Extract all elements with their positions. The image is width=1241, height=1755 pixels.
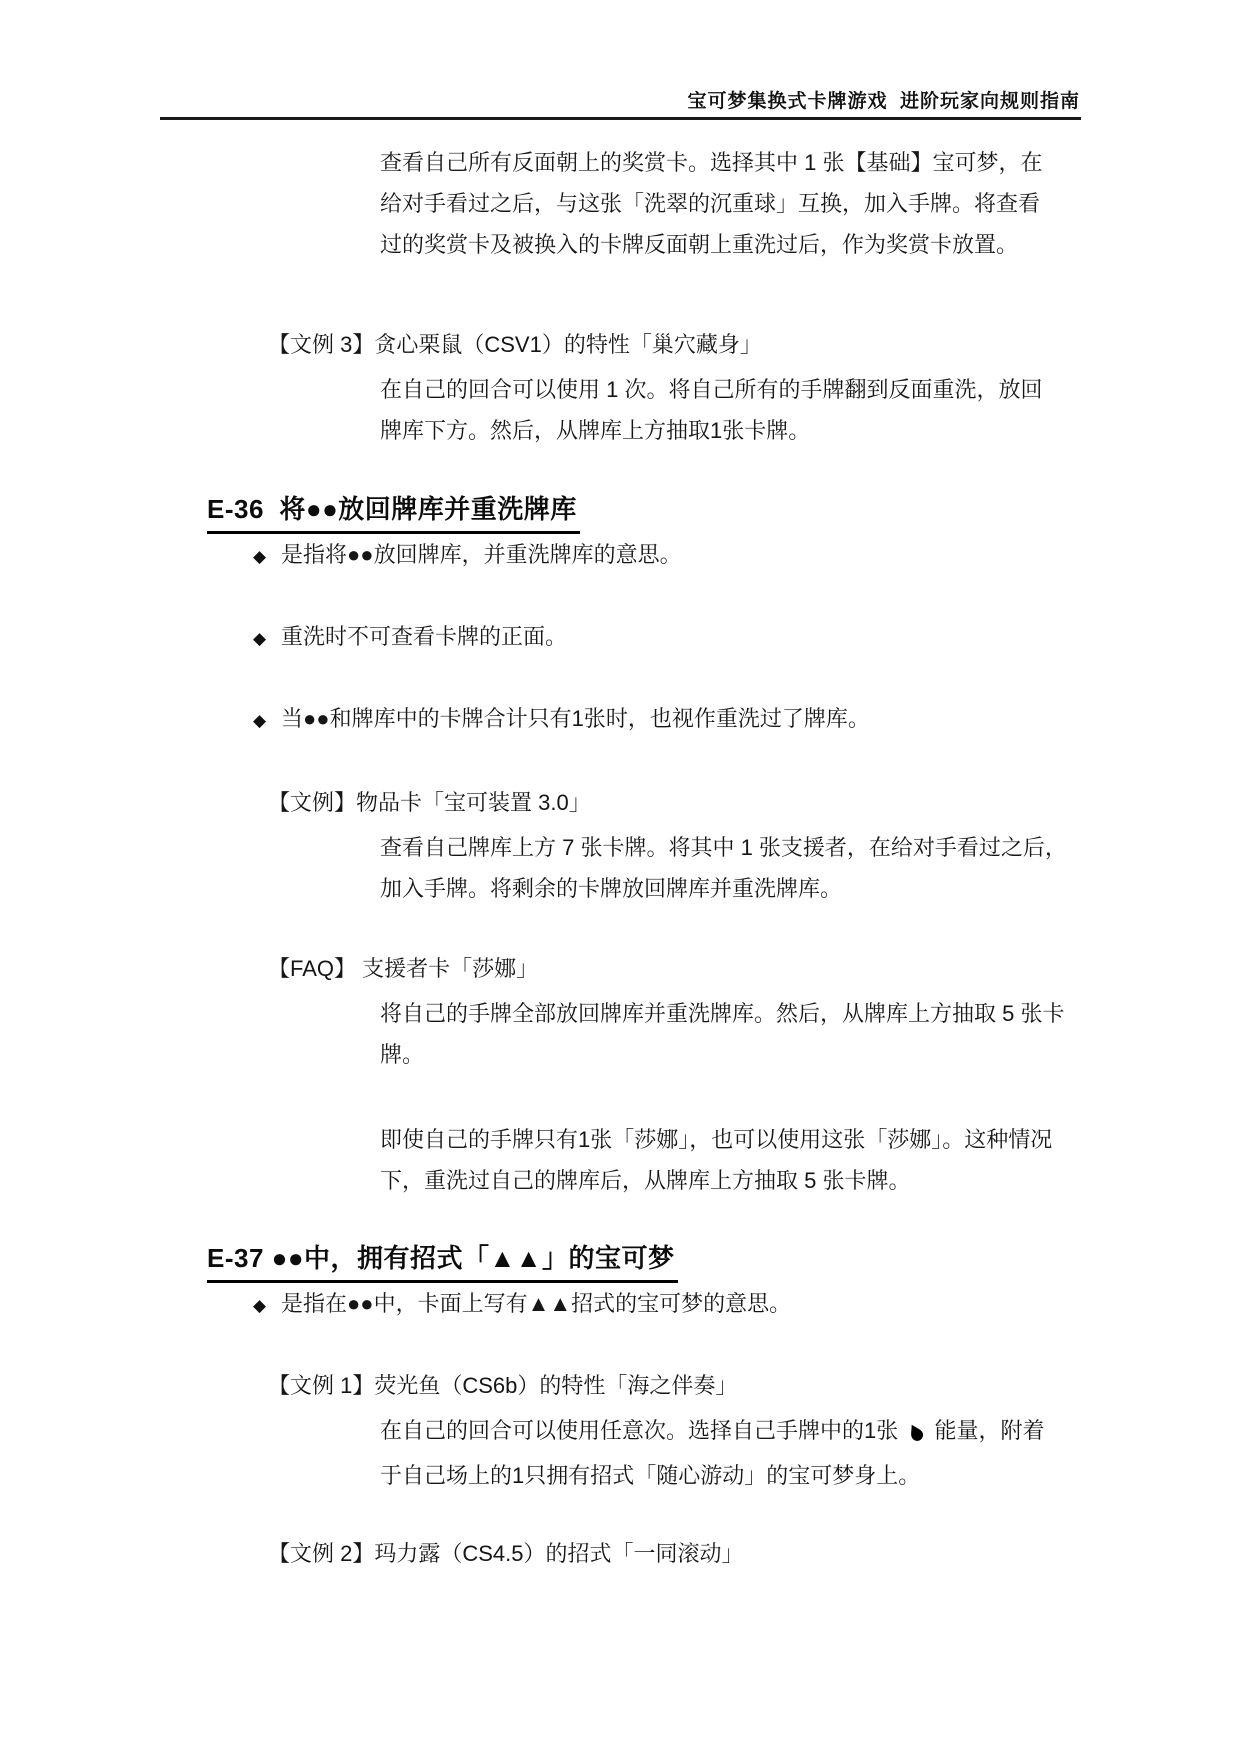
bullet-item: ◆ 是指在●●中，卡面上写有▲▲招式的宝可梦的意思。 [253, 1289, 791, 1321]
bullet-item: ◆ 是指将●●放回牌库，并重洗牌库的意思。 [253, 540, 682, 572]
text-line: 过的奖赏卡及被换入的卡牌反面朝上重洗过后，作为奖赏卡放置。 [380, 224, 1100, 265]
faq-body-2: 即使自己的手牌只有1张「莎娜」，也可以使用这张「莎娜」。这种情况 下，重洗过自己… [380, 1119, 1100, 1201]
water-energy-icon [906, 1414, 926, 1455]
faq-title-text: 【FAQ】 支援者卡「莎娜」 [268, 956, 538, 981]
text-line: 牌。 [380, 1034, 1100, 1075]
example1-title-text: 【文例 1】荧光鱼（CS6b）的特性「海之伴奏」 [268, 1373, 737, 1398]
document-page: 宝可梦集换式卡牌游戏 进阶玩家向规则指南 查看自己所有反面朝上的奖赏卡。选择其中… [0, 0, 1241, 1755]
page-header-title: 宝可梦集换式卡牌游戏 进阶玩家向规则指南 [687, 86, 1080, 113]
faq-title: 【FAQ】 支援者卡「莎娜」 [268, 954, 1088, 984]
text-line-with-icon: 在自己的回合可以使用任意次。选择自己手牌中的1张 能量，附着 [380, 1410, 1100, 1455]
diamond-bullet-icon: ◆ [253, 704, 281, 736]
faq-body: 将自己的手牌全部放回牌库并重洗牌库。然后，从牌库上方抽取 5 张卡 牌。 [380, 993, 1100, 1075]
bullet-text: 重洗时不可查看卡牌的正面。 [281, 622, 567, 652]
bullet-item: ◆ 当●●和牌库中的卡牌合计只有1张时，也视作重洗过了牌库。 [253, 704, 870, 736]
bullet-text: 是指在●●中，卡面上写有▲▲招式的宝可梦的意思。 [281, 1289, 791, 1319]
text-line: 即使自己的手牌只有1张「莎娜」，也可以使用这张「莎娜」。这种情况 [380, 1119, 1100, 1160]
example1-body: 在自己的回合可以使用任意次。选择自己手牌中的1张 能量，附着 于自己场上的1只拥… [380, 1410, 1100, 1496]
example2-title: 【文例 2】玛力露（CS4.5）的招式「一同滚动」 [268, 1539, 1088, 1569]
bullet-text: 当●●和牌库中的卡牌合计只有1张时，也视作重洗过了牌库。 [281, 704, 870, 734]
example2-title-text: 【文例 2】玛力露（CS4.5）的招式「一同滚动」 [268, 1541, 744, 1566]
intro-paragraph: 查看自己所有反面朝上的奖赏卡。选择其中 1 张【基础】宝可梦，在 给对手看过之后… [380, 142, 1100, 265]
bullet-item: ◆ 重洗时不可查看卡牌的正面。 [253, 622, 567, 654]
example3-title: 【文例 3】贪心栗鼠（CSV1）的特性「巢穴藏身」 [268, 330, 1088, 360]
section-heading-e37: E-37 ●●中，拥有招式「▲▲」的宝可梦 [207, 1238, 678, 1283]
bullet-text: 是指将●●放回牌库，并重洗牌库的意思。 [281, 540, 682, 570]
text-line: 将自己的手牌全部放回牌库并重洗牌库。然后，从牌库上方抽取 5 张卡 [380, 993, 1100, 1034]
text-line: 查看自己牌库上方 7 张卡牌。将其中 1 张支援者，在给对手看过之后， [380, 827, 1100, 868]
e36-example-body: 查看自己牌库上方 7 张卡牌。将其中 1 张支援者，在给对手看过之后， 加入手牌… [380, 827, 1100, 909]
text-segment: 能量，附着 [928, 1418, 1044, 1443]
header-divider [160, 117, 1081, 120]
section-heading-e36-text: E-36 将●●放回牌库并重洗牌库 [207, 489, 580, 534]
e36-example-title-text: 【文例】物品卡「宝可装置 3.0」 [268, 790, 591, 815]
text-line: 查看自己所有反面朝上的奖赏卡。选择其中 1 张【基础】宝可梦，在 [380, 142, 1100, 183]
diamond-bullet-icon: ◆ [253, 622, 281, 654]
diamond-bullet-icon: ◆ [253, 1289, 281, 1321]
text-segment: 在自己的回合可以使用任意次。选择自己手牌中的1张 [380, 1418, 904, 1443]
diamond-bullet-icon: ◆ [253, 540, 281, 572]
example3-title-text: 【文例 3】贪心栗鼠（CSV1）的特性「巢穴藏身」 [268, 332, 762, 357]
section-heading-e36: E-36 将●●放回牌库并重洗牌库 [207, 489, 580, 534]
example3-body: 在自己的回合可以使用 1 次。将自己所有的手牌翻到反面重洗，放回 牌库下方。然后… [380, 369, 1100, 451]
example1-title: 【文例 1】荧光鱼（CS6b）的特性「海之伴奏」 [268, 1371, 1088, 1401]
e36-example-title: 【文例】物品卡「宝可装置 3.0」 [268, 788, 1088, 818]
text-line: 牌库下方。然后，从牌库上方抽取1张卡牌。 [380, 410, 1100, 451]
section-heading-e37-text: E-37 ●●中，拥有招式「▲▲」的宝可梦 [207, 1238, 678, 1283]
text-line: 加入手牌。将剩余的卡牌放回牌库并重洗牌库。 [380, 868, 1100, 909]
text-line: 于自己场上的1只拥有招式「随心游动」的宝可梦身上。 [380, 1455, 1100, 1496]
text-line: 给对手看过之后，与这张「洗翠的沉重球」互换，加入手牌。将查看 [380, 183, 1100, 224]
text-line: 下，重洗过自己的牌库后，从牌库上方抽取 5 张卡牌。 [380, 1160, 1100, 1201]
text-line: 在自己的回合可以使用 1 次。将自己所有的手牌翻到反面重洗，放回 [380, 369, 1100, 410]
